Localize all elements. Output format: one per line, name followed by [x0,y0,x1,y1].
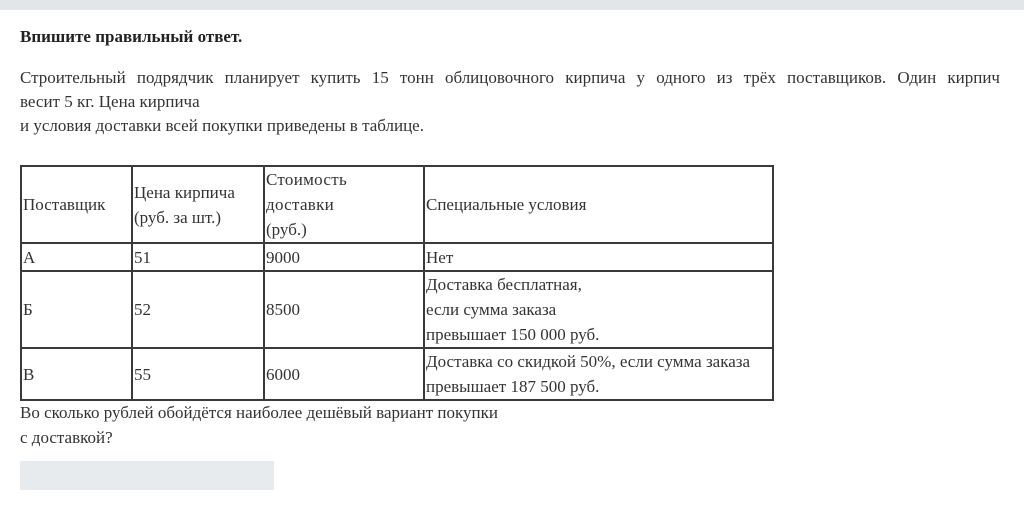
problem-line: и условия доставки всей покупки приведен… [20,114,1000,138]
table-row: Б 52 8500 Доставка бесплатная, если сумм… [21,271,773,348]
cell-delivery: 6000 [264,348,424,400]
suppliers-table: Поставщик Цена кирпича (руб. за шт.) Сто… [20,165,774,401]
answer-input[interactable] [20,461,274,490]
cell-supplier: А [21,243,132,271]
cell-conditions: Доставка бесплатная, если сумма заказа п… [424,271,773,348]
question-text: Во сколько рублей обойдётся наиболее деш… [20,400,498,450]
table-row: А 51 9000 Нет [21,243,773,271]
header-special-conditions: Специальные условия [424,166,773,243]
table-row: В 55 6000 Доставка со скидкой 50%, если … [21,348,773,400]
top-bar [0,0,1024,10]
problem-line: весит 5 кг. Цена кирпича [20,90,1000,114]
cell-conditions: Доставка со скидкой 50%, если сумма зака… [424,348,773,400]
instruction-heading: Впишите правильный ответ. [20,27,242,47]
problem-line: Строительный подрядчик планирует купить … [20,66,1000,90]
table-header-row: Поставщик Цена кирпича (руб. за шт.) Сто… [21,166,773,243]
header-supplier: Поставщик [21,166,132,243]
problem-statement: Строительный подрядчик планирует купить … [20,66,1000,138]
header-delivery-cost: Стоимость доставки (руб.) [264,166,424,243]
cell-price: 55 [132,348,264,400]
cell-delivery: 8500 [264,271,424,348]
cell-price: 51 [132,243,264,271]
header-brick-price: Цена кирпича (руб. за шт.) [132,166,264,243]
cell-conditions: Нет [424,243,773,271]
cell-delivery: 9000 [264,243,424,271]
cell-supplier: В [21,348,132,400]
cell-supplier: Б [21,271,132,348]
cell-price: 52 [132,271,264,348]
